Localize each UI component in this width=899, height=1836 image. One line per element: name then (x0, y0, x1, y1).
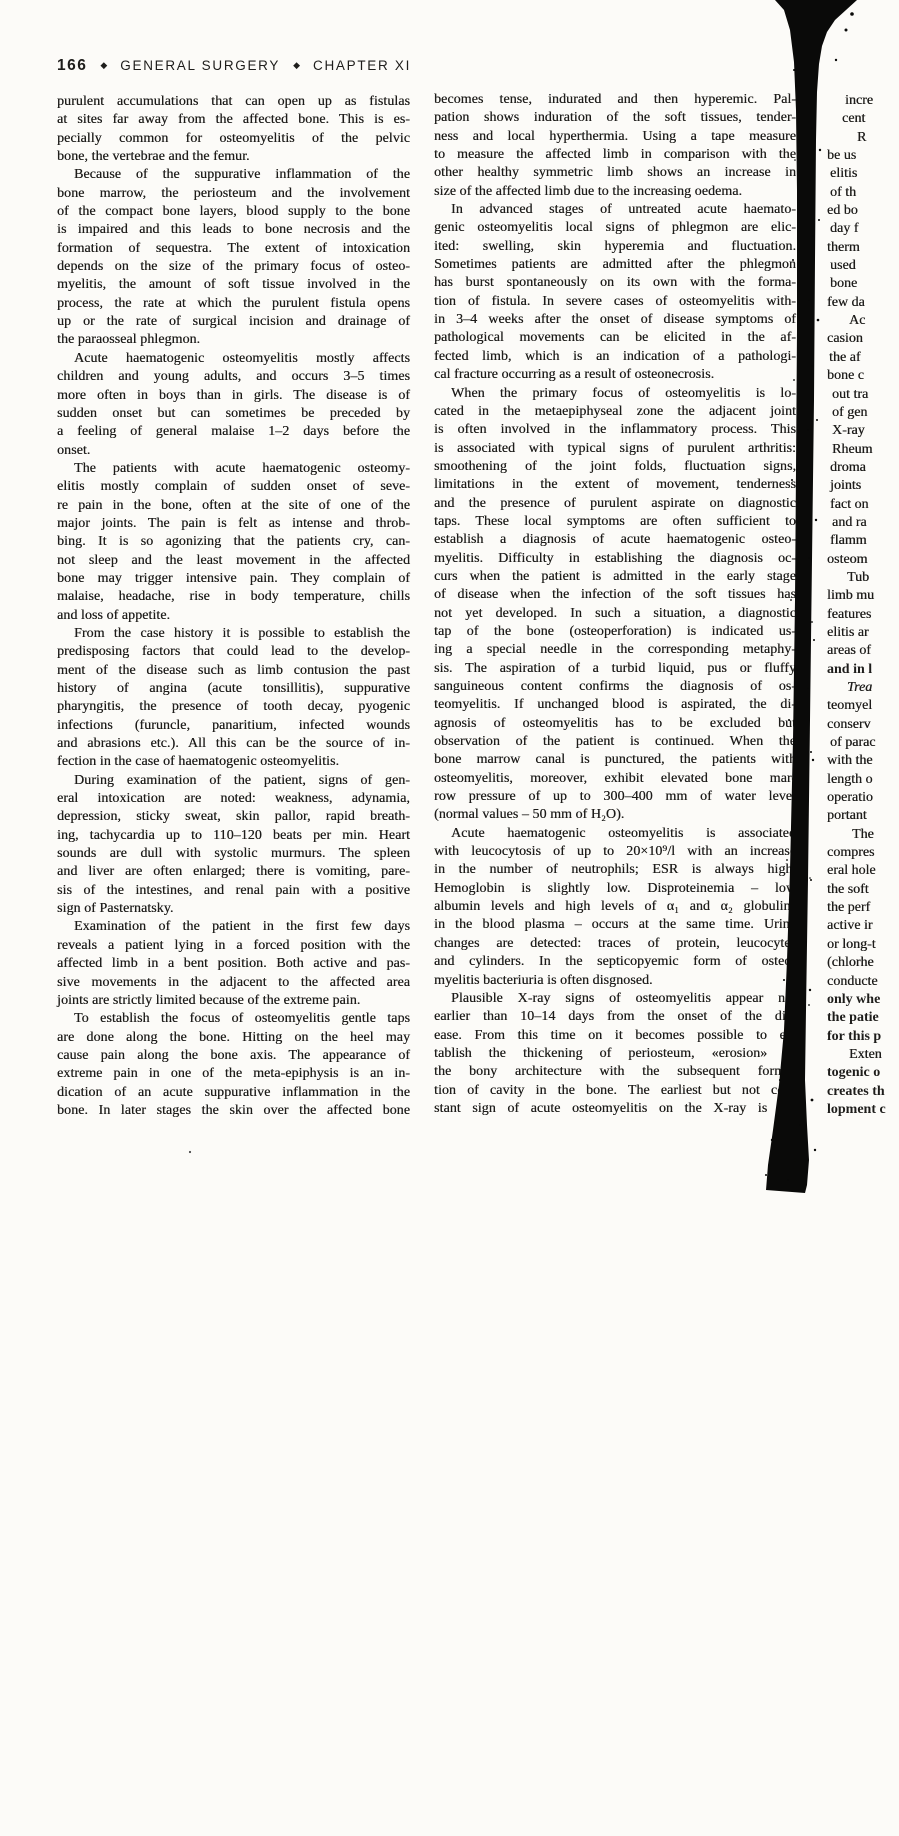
page-header: 166 ◆ GENERAL SURGERY ◆ CHAPTER XI (57, 57, 411, 75)
text-line: and the presence of purulent aspirate on… (434, 495, 796, 513)
paragraph: When the primary focus of osteomyelitis … (434, 385, 796, 825)
text-line: other healthy symmetric limb shows an in… (434, 164, 796, 182)
text-line: taps. These local symptoms are often suf… (434, 513, 796, 531)
text-line: and liver are often enlarged; there is v… (57, 863, 410, 881)
paragraph: Acute haematogenic osteomyelitis is asso… (434, 825, 796, 990)
text-line: establish a diagnosis of acute haematoge… (434, 531, 796, 549)
text-line: ed bo (827, 202, 899, 220)
text-line: Rheum (827, 441, 899, 459)
paragraph: From the case history it is possible to … (57, 625, 410, 772)
text-line: day f (827, 220, 899, 238)
text-line: joints (827, 477, 899, 495)
text-line: with the (827, 752, 899, 770)
text-line: bone c (827, 367, 899, 385)
text-line: becomes tense, indurated and then hypere… (434, 91, 796, 109)
text-line: sign of Pasternatsky. (57, 900, 410, 918)
text-line: ment of the disease such as limb contusi… (57, 662, 410, 680)
paragraph: Because of the suppurative inflammation … (57, 166, 410, 349)
text-line: curs when the patient is admitted in the… (434, 568, 796, 586)
text-line: be us (827, 147, 899, 165)
text-column-left: purulent accumulations that can open up … (57, 93, 410, 1120)
text-line: changes are detected: traces of protein,… (434, 935, 796, 953)
text-line: myelitis, the amount of soft tissue invo… (57, 276, 410, 294)
text-line: myelitis bacteriuria is often disgnosed. (434, 972, 796, 990)
text-line: osteomyelitis, moreover, exhibit elevate… (434, 770, 796, 788)
text-line: Examination of the patient in the first … (57, 918, 410, 936)
text-line: and loss of appetite. (57, 607, 410, 625)
text-line: Sometimes patients are admitted after th… (434, 256, 796, 274)
text-line: the bony architecture with the subsequen… (434, 1063, 796, 1081)
text-line: length o (827, 771, 899, 789)
text-line: more often in boys than in girls. The di… (57, 387, 410, 405)
text-line: bone marrow, the periosteum and the invo… (57, 185, 410, 203)
text-line: features (827, 606, 899, 624)
paragraph: Plausible X-ray signs of osteomyelitis a… (434, 990, 796, 1118)
text-line: sanguineous content confirms the diagnos… (434, 678, 796, 696)
text-line: Ac (827, 312, 899, 330)
text-line: pathological movements can be elicited i… (434, 329, 796, 347)
text-line: tion of fistula. In severe cases of oste… (434, 293, 796, 311)
text-line: history of angina (acute tonsillitis), s… (57, 680, 410, 698)
text-line: sive movements in the adjacent to the af… (57, 974, 410, 992)
text-line: From the case history it is possible to … (57, 625, 410, 643)
text-line: infections (furuncle, panaritium, infect… (57, 717, 410, 735)
text-line: compres (827, 844, 899, 862)
text-line: pecially common for osteomyelitis of the… (57, 130, 410, 148)
text-line: portant (827, 807, 899, 825)
text-line: purulent accumulations that can open up … (57, 93, 410, 111)
text-line: fected limb, which is an indication of a… (434, 348, 796, 366)
paragraph: Examination of the patient in the first … (57, 918, 410, 1010)
text-line: therm (827, 239, 899, 257)
text-line: has burst spontaneously on its own with … (434, 274, 796, 292)
text-line: flamm (827, 532, 899, 550)
text-line: elitis (827, 165, 899, 183)
text-line: observation of the patient is continued.… (434, 733, 796, 751)
text-line: elitis mostly complain of sudden onset o… (57, 478, 410, 496)
text-line: predisposing factors that could lead to … (57, 643, 410, 661)
text-line: Tub (827, 569, 899, 587)
text-line: in the number of neutrophils; ESR is alw… (434, 861, 796, 879)
text-line: row pressure of up to 300–400 mm of wate… (434, 788, 796, 806)
text-line: Exten (827, 1046, 899, 1064)
header-separator-icon: ◆ (100, 60, 107, 71)
text-line: depression, sticky sweat, skin pallor, r… (57, 808, 410, 826)
text-line: depends on the size of the primary focus… (57, 258, 410, 276)
text-line: Trea (827, 679, 899, 697)
text-line: bone marrow canal is punctured, the pati… (434, 751, 796, 769)
text-line: fact on (827, 496, 899, 514)
text-line: the af (827, 349, 899, 367)
paragraph: The patients with acute haematogenic ost… (57, 460, 410, 625)
text-line: When the primary focus of osteomyelitis … (434, 385, 796, 403)
text-line: earlier than 10–14 days from the onset o… (434, 1008, 796, 1026)
text-line: X-ray (827, 422, 899, 440)
text-line: few da (827, 294, 899, 312)
text-line: cause pain along the bone axis. The appe… (57, 1047, 410, 1065)
text-line: cal fracture occurring as a result of os… (434, 366, 796, 384)
text-line: R (827, 129, 899, 147)
text-line: To establish the focus of osteomyelitis … (57, 1010, 410, 1028)
paragraph: To establish the focus of osteomyelitis … (57, 1010, 410, 1120)
text-line: formation of sequestra. The extent of in… (57, 240, 410, 258)
text-line: the paraosseal phlegmon. (57, 331, 410, 349)
text-line: (normal values – 50 mm of H₂O). (434, 806, 796, 824)
text-line: sudden onset but can sometimes be preced… (57, 405, 410, 423)
text-line: of disease when the infection of the sof… (434, 586, 796, 604)
text-line: process, the rate at which the purulent … (57, 295, 410, 313)
paragraph: purulent accumulations that can open up … (57, 93, 410, 166)
text-line: eral hole (827, 862, 899, 880)
text-line: ing, tachycardia up to 110–120 beats per… (57, 827, 410, 845)
text-line: bone may trigger intensive pain. They co… (57, 570, 410, 588)
text-line: conducte (827, 973, 899, 991)
text-line: bone, the vertebrae and the femur. (57, 148, 410, 166)
text-line: ited: swelling, skin hyperemia and fluct… (434, 238, 796, 256)
text-line: in the blood plasma – occurs at the same… (434, 916, 796, 934)
text-line: in 3–4 weeks after the onset of disease … (434, 311, 796, 329)
text-line: tion of cavity in the bone. The earliest… (434, 1082, 796, 1100)
text-line: reveals a patient lying in a forced posi… (57, 937, 410, 955)
page-number: 166 (57, 57, 87, 75)
text-line: a feeling of general malaise 1–2 days be… (57, 423, 410, 441)
header-separator-icon: ◆ (293, 60, 300, 71)
text-line: myelitis. Difficulty in establishing the… (434, 550, 796, 568)
text-line: sis. The aspiration of a turbid liquid, … (434, 660, 796, 678)
text-line: genic osteomyelitis local signs of phleg… (434, 219, 796, 237)
chapter-title: CHAPTER XI (313, 58, 411, 73)
text-line: the soft (827, 881, 899, 899)
text-line: of th (827, 184, 899, 202)
text-line: re pain in the bone, often at the site o… (57, 497, 410, 515)
text-line: joints are strictly limited because of t… (57, 992, 410, 1010)
text-line: active ir (827, 917, 899, 935)
text-line: Because of the suppurative inflammation … (57, 166, 410, 184)
text-line: albumin levels and high levels of α₁ and… (434, 898, 796, 916)
text-line: agnosis of osteomyelitis has to be exclu… (434, 715, 796, 733)
text-line: pation shows induration of the soft tiss… (434, 109, 796, 127)
text-line: used (827, 257, 899, 275)
text-line: and ra (827, 514, 899, 532)
text-line: smoothening of the joint folds, fluctuat… (434, 458, 796, 476)
text-line: for this p (827, 1028, 899, 1046)
text-line: cated in the metaepiphyseal zone the adj… (434, 403, 796, 421)
paragraph: Acute haematogenic osteomyelitis mostly … (57, 350, 410, 460)
text-line: In advanced stages of untreated acute ha… (434, 201, 796, 219)
text-line: The patients with acute haematogenic ost… (57, 460, 410, 478)
text-line: operatio (827, 789, 899, 807)
text-line: bone. In later stages the skin over the … (57, 1102, 410, 1120)
text-line: out tra (827, 386, 899, 404)
text-line: ease. From this time on it becomes possi… (434, 1027, 796, 1045)
text-line: bone (827, 275, 899, 293)
text-line: to measure the affected limb in comparis… (434, 146, 796, 164)
text-line: bing. It is so agonizing that the patien… (57, 533, 410, 551)
text-line: tap of the bone (osteoperforation) is in… (434, 623, 796, 641)
text-line: tablish the thickening of periosteum, «e… (434, 1045, 796, 1063)
text-line: stant sign of acute osteomyelitis on the… (434, 1100, 796, 1118)
text-line: not sleep and the least movement in the … (57, 552, 410, 570)
text-line: togenic o (827, 1064, 899, 1082)
text-line: onset. (57, 442, 410, 460)
text-line: are done along the bone. Hitting on the … (57, 1029, 410, 1047)
text-line: the perf (827, 899, 899, 917)
text-line: not yet developed. In such a situation, … (434, 605, 796, 623)
text-line: with leucocytosis of up to 20×10⁹/l with… (434, 843, 796, 861)
text-line: elitis ar (827, 624, 899, 642)
text-line: osteom (827, 551, 899, 569)
text-line: of parac (827, 734, 899, 752)
text-line: the patie (827, 1009, 899, 1027)
text-line: extreme pain in one of the meta-epiphysi… (57, 1065, 410, 1083)
text-line: limb mu (827, 587, 899, 605)
text-line: creates th (827, 1083, 899, 1101)
text-line: areas of (827, 642, 899, 660)
text-line: and in l (827, 661, 899, 679)
paragraph: In advanced stages of untreated acute ha… (434, 201, 796, 384)
text-column-right-fragment: increcentRbe uselitisof thed boday fther… (827, 92, 899, 1119)
text-line: teomyelitis. If unchanged blood is aspir… (434, 696, 796, 714)
text-line: of the compact bone layers, blood supply… (57, 203, 410, 221)
text-line: sis of the intestines, and renal pain wi… (57, 882, 410, 900)
text-line: droma (827, 459, 899, 477)
text-line: Plausible X-ray signs of osteomyelitis a… (434, 990, 796, 1008)
text-line: size of the affected limb due to the inc… (434, 183, 796, 201)
text-line: malaise, headache, rise in body temperat… (57, 588, 410, 606)
text-line: The (827, 826, 899, 844)
text-line: (chlorhe (827, 954, 899, 972)
text-line: cent (827, 110, 899, 128)
text-line: up or the rate of surgical incision and … (57, 313, 410, 331)
text-line: dication of an acute suppurative inflamm… (57, 1084, 410, 1102)
text-line: limitations in the extent of movement, t… (434, 476, 796, 494)
text-line: ing a special needle in the correspondin… (434, 641, 796, 659)
paragraph: During examination of the patient, signs… (57, 772, 410, 919)
text-line: at sites far away from the affected bone… (57, 111, 410, 129)
text-line: children and young adults, and occurs 3–… (57, 368, 410, 386)
scanned-book-page: 166 ◆ GENERAL SURGERY ◆ CHAPTER XI purul… (0, 0, 899, 1836)
text-line: Acute haematogenic osteomyelitis is asso… (434, 825, 796, 843)
paragraph: becomes tense, indurated and then hypere… (434, 91, 796, 201)
text-line: ness and local hyperthermia. Using a tap… (434, 128, 796, 146)
text-line: eral intoxication are noted: weakness, a… (57, 790, 410, 808)
text-line: major joints. The pain is felt as intens… (57, 515, 410, 533)
text-line: is associated with typical signs of puru… (434, 440, 796, 458)
text-line: casion (827, 330, 899, 348)
text-line: Acute haematogenic osteomyelitis mostly … (57, 350, 410, 368)
text-line: During examination of the patient, signs… (57, 772, 410, 790)
text-column-middle: becomes tense, indurated and then hypere… (434, 91, 796, 1118)
text-line: lopment c (827, 1101, 899, 1119)
text-line: and abrasions etc.). All this can be the… (57, 735, 410, 753)
text-line: incre (827, 92, 899, 110)
text-line: fection in the case of haematogenic oste… (57, 753, 410, 771)
text-line: sounds are dull with systolic murmurs. T… (57, 845, 410, 863)
text-line: pharyngitis, the presence of tooth decay… (57, 698, 410, 716)
text-line: Hemoglobin is slightly low. Disproteinem… (434, 880, 796, 898)
text-line: only whe (827, 991, 899, 1009)
text-line: affected limb in a bent position. Both a… (57, 955, 410, 973)
text-line: teomyel (827, 697, 899, 715)
text-line: is often involved in the inflammatory pr… (434, 421, 796, 439)
text-line: is impaired and this leads to bone necro… (57, 221, 410, 239)
text-line: and cylinders. In the septicopyemic form… (434, 953, 796, 971)
text-line: conserv (827, 716, 899, 734)
book-title: GENERAL SURGERY (120, 58, 280, 73)
text-line: of gen (827, 404, 899, 422)
text-line: or long-t (827, 936, 899, 954)
